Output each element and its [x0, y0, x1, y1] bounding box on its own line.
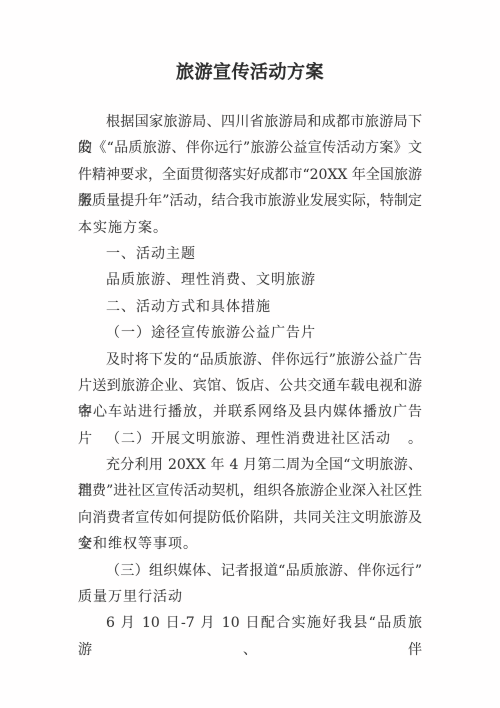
text-line: （二）开展文明旅游、理性消费进社区活动 [78, 426, 422, 452]
text-line: 二、活动方式和具体措施 [78, 294, 422, 320]
text-line: 向消费者宣传如何提防低价陷阱，共同关注文明旅游及安 [78, 505, 422, 531]
document-body: 根据国家旅游局、四川省旅游局和成都市旅游局下发的《“品质旅游、伴你远行”旅游公益… [78, 109, 422, 637]
text-line: 根据国家旅游局、四川省旅游局和成都市旅游局下发 [78, 109, 422, 135]
text-line: 中心车站进行播放，并联系网络及县内媒体播放广告片。 [78, 399, 422, 425]
text-line: 消费”进社区宣传活动契机，组织各旅游企业深入社区， [78, 478, 422, 504]
text-line: 6 月 10 日-7 月 10 日配合实施好我县“品质旅游、伴 [78, 610, 422, 636]
text-line: 本实施方案。 [78, 215, 422, 241]
text-line: 全和维权等事项。 [78, 531, 422, 557]
text-line: 质量万里行活动 [78, 584, 422, 610]
text-line: （三）组织媒体、记者报道“品质旅游、伴你远行” [78, 558, 422, 584]
text-line: 件精神要求，全面贯彻落实好成都市“20XX 年全国旅游服 [78, 162, 422, 188]
document-page: 旅游宣传活动方案 根据国家旅游局、四川省旅游局和成都市旅游局下发的《“品质旅游、… [0, 0, 500, 708]
document-title: 旅游宣传活动方案 [78, 60, 422, 86]
text-line: 一、活动主题 [78, 241, 422, 267]
text-line: 及时将下发的“品质旅游、伴你远行”旅游公益广告 [78, 347, 422, 373]
text-line: 片送到旅游企业、宾馆、饭店、公共交通车载电视和游客 [78, 373, 422, 399]
text-line: （一）途径宣传旅游公益广告片 [78, 320, 422, 346]
text-line: 充分利用 20XX 年 4 月第二周为全国“文明旅游、理性 [78, 452, 422, 478]
text-line: 务质量提升年”活动，结合我市旅游业发展实际，特制定 [78, 188, 422, 214]
text-line: 的《“品质旅游、伴你远行”旅游公益宣传活动方案》文 [78, 135, 422, 161]
text-line: 品质旅游、理性消费、文明旅游 [78, 267, 422, 293]
